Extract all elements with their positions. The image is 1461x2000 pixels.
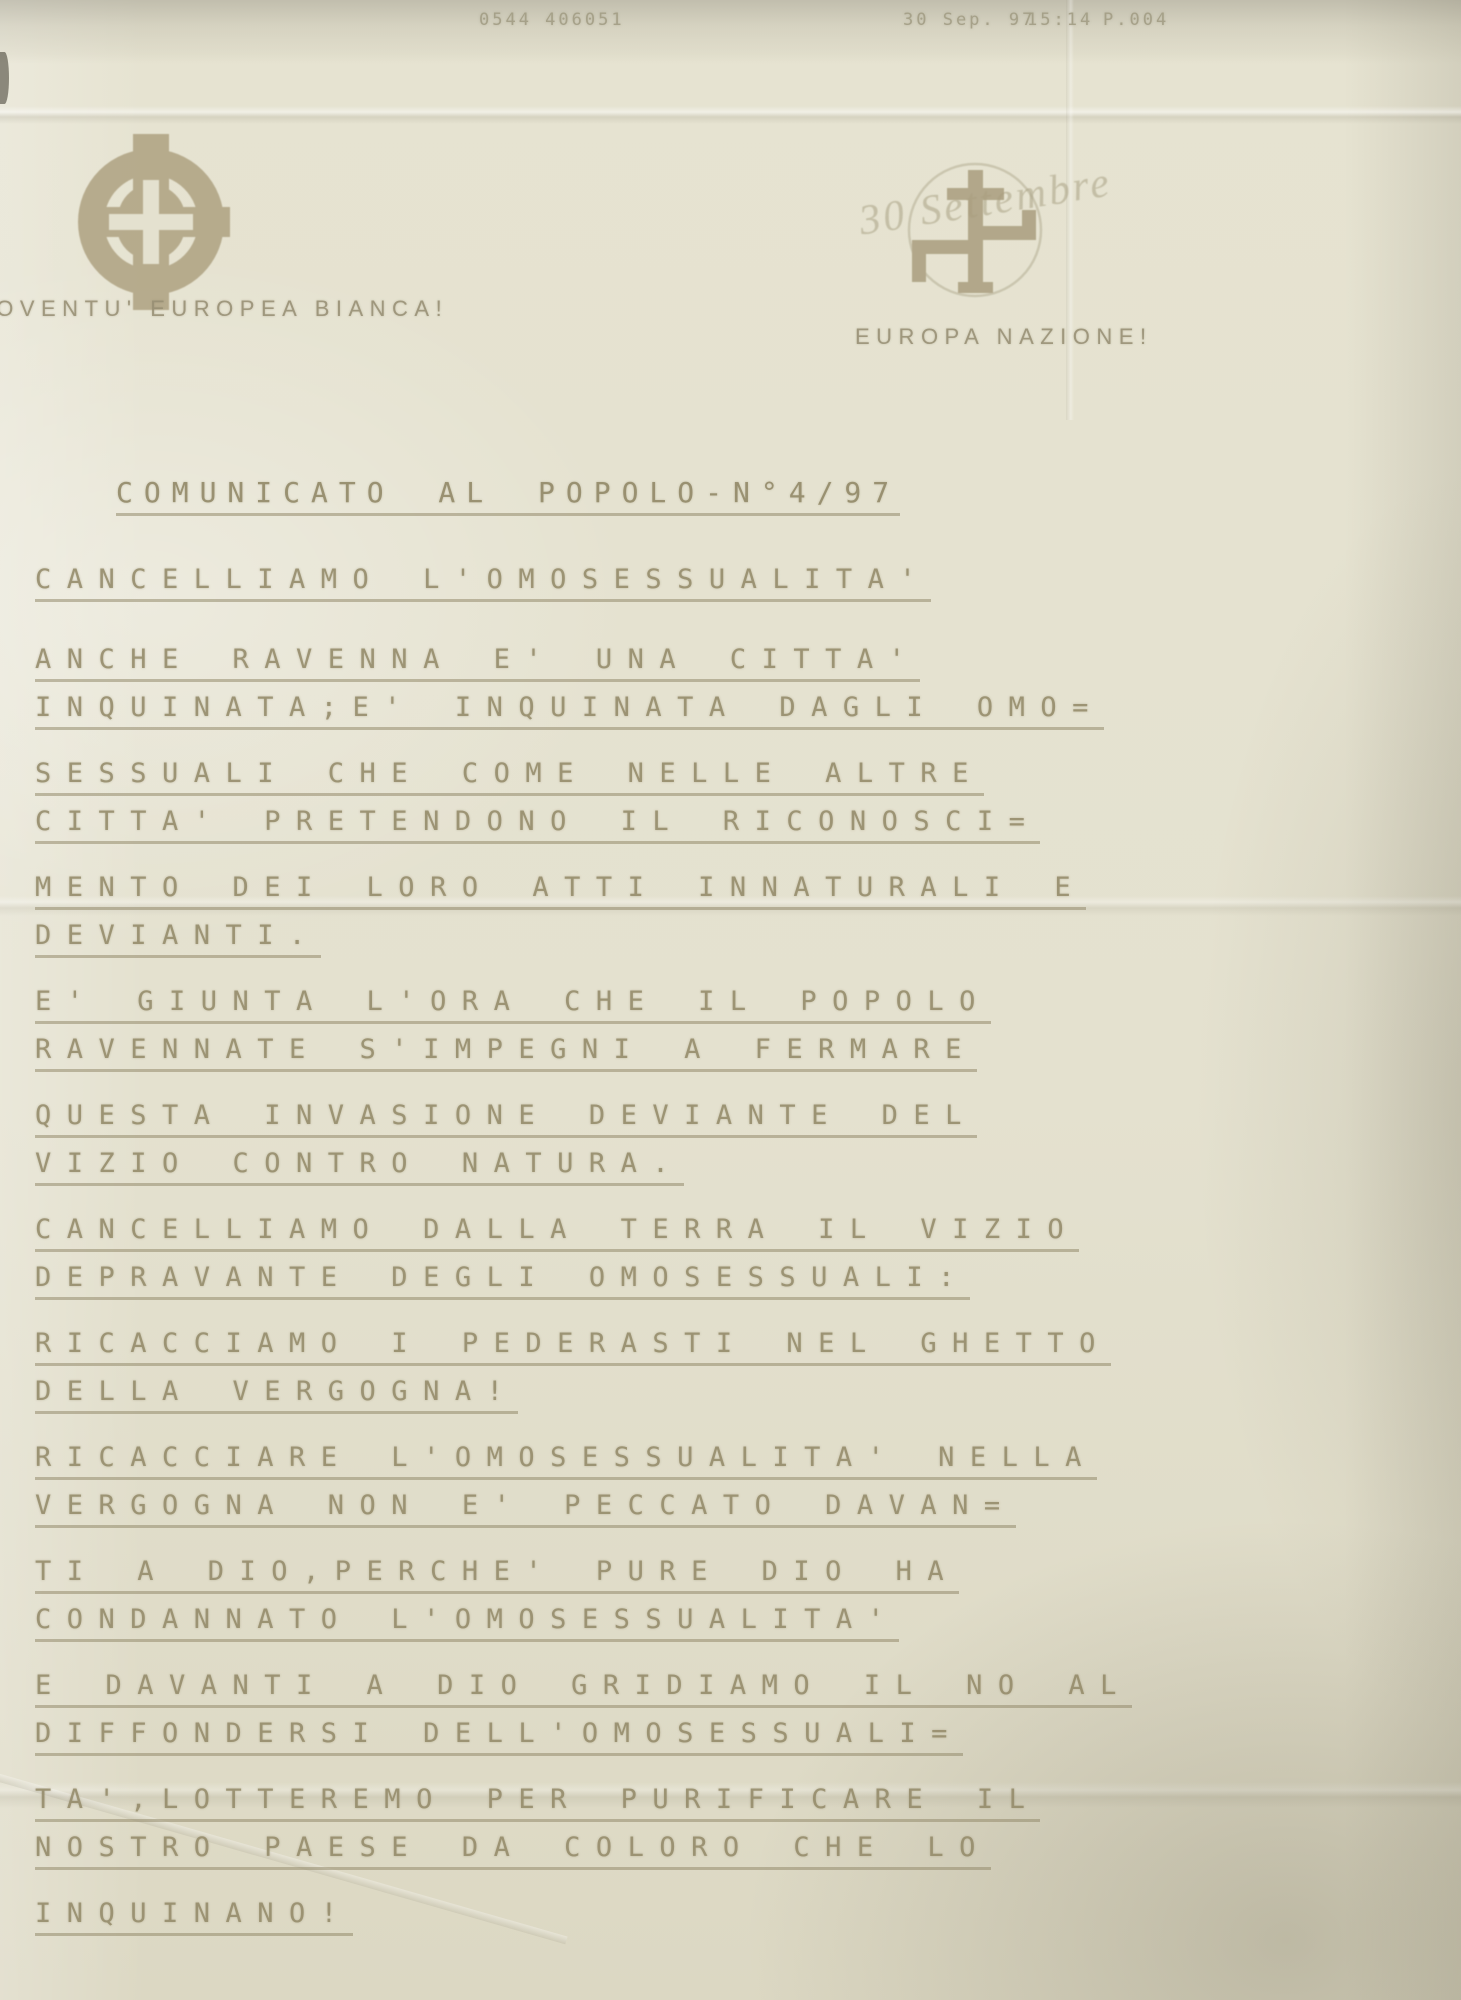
body-line: CONDANNATO L'OMOSESSUALITA' <box>35 1596 1435 1644</box>
body-paragraph: ANCHE RAVENNA E' UNA CITTA'INQUINATA;E' … <box>35 636 1435 732</box>
body-paragraph: CANCELLIAMO L'OMOSESSUALITA' <box>35 556 1435 604</box>
body-line: VIZIO CONTRO NATURA. <box>35 1140 1435 1188</box>
fax-header: 0544 406051 30 Sep. 97 15:14 P.004 <box>0 10 1461 32</box>
body-line: NOSTRO PAESE DA COLORO CHE LO <box>35 1824 1435 1872</box>
body-text: CANCELLIAMO L'OMOSESSUALITA'ANCHE RAVENN… <box>35 556 1435 1956</box>
page-title: COMUNICATO AL POPOLO-N°4/97 <box>116 476 900 509</box>
body-paragraph: E' GIUNTA L'ORA CHE IL POPOLORAVENNATE S… <box>35 978 1435 1074</box>
fax-time: 15:14 <box>1027 10 1093 30</box>
body-line: E DAVANTI A DIO GRIDIAMO IL NO AL <box>35 1662 1435 1710</box>
body-line: DIFFONDERSI DELL'OMOSESSUALI= <box>35 1710 1435 1758</box>
body-line: MENTO DEI LORO ATTI INNATURALI E <box>35 864 1435 912</box>
paper-edge-mark <box>0 52 9 104</box>
body-line: VERGOGNA NON E' PECCATO DAVAN= <box>35 1482 1435 1530</box>
fax-page-number: P.004 <box>1103 10 1169 30</box>
body-line: RICACCIARE L'OMOSESSUALITA' NELLA <box>35 1434 1435 1482</box>
body-paragraph: QUESTA INVASIONE DEVIANTE DELVIZIO CONTR… <box>35 1092 1435 1188</box>
org-right-label: EUROPA NAZIONE! <box>855 324 1153 350</box>
body-line: RICACCIAMO I PEDERASTI NEL GHETTO <box>35 1320 1435 1368</box>
body-line: ANCHE RAVENNA E' UNA CITTA' <box>35 636 1435 684</box>
scanned-document-page: { "fax_header": { "number": "0544 406051… <box>0 0 1461 2000</box>
celtic-cross-logo-icon <box>72 134 230 310</box>
body-paragraph: RICACCIARE L'OMOSESSUALITA' NELLAVERGOGN… <box>35 1434 1435 1530</box>
body-line: E' GIUNTA L'ORA CHE IL POPOLO <box>35 978 1435 1026</box>
fax-date: 30 Sep. 97 <box>903 10 1035 30</box>
body-paragraph: CANCELLIAMO DALLA TERRA IL VIZIODEPRAVAN… <box>35 1206 1435 1302</box>
body-line: DELLA VERGOGNA! <box>35 1368 1435 1416</box>
body-paragraph: TI A DIO,PERCHE' PURE DIO HACONDANNATO L… <box>35 1548 1435 1644</box>
body-line: QUESTA INVASIONE DEVIANTE DEL <box>35 1092 1435 1140</box>
page-title-text: COMUNICATO AL POPOLO-N°4/97 <box>116 476 900 516</box>
body-paragraph: SESSUALI CHE COME NELLE ALTRECITTA' PRET… <box>35 750 1435 846</box>
body-paragraph: E DAVANTI A DIO GRIDIAMO IL NO ALDIFFOND… <box>35 1662 1435 1758</box>
body-line: INQUINANO! <box>35 1890 1435 1938</box>
body-line: DEVIANTI. <box>35 912 1435 960</box>
body-paragraph: RICACCIAMO I PEDERASTI NEL GHETTODELLA V… <box>35 1320 1435 1416</box>
body-line: TA',LOTTEREMO PER PURIFICARE IL <box>35 1776 1435 1824</box>
body-line: SESSUALI CHE COME NELLE ALTRE <box>35 750 1435 798</box>
europa-nazione-emblem-icon <box>902 156 1048 302</box>
body-line: INQUINATA;E' INQUINATA DAGLI OMO= <box>35 684 1435 732</box>
body-line: TI A DIO,PERCHE' PURE DIO HA <box>35 1548 1435 1596</box>
body-line: CANCELLIAMO L'OMOSESSUALITA' <box>35 556 1435 604</box>
org-left-label: GIOVENTU' EUROPEA BIANCA! <box>0 296 448 322</box>
fax-number: 0544 406051 <box>479 10 625 30</box>
body-line: DEPRAVANTE DEGLI OMOSESSUALI: <box>35 1254 1435 1302</box>
body-line: RAVENNATE S'IMPEGNI A FERMARE <box>35 1026 1435 1074</box>
body-paragraph: TA',LOTTEREMO PER PURIFICARE ILNOSTRO PA… <box>35 1776 1435 1872</box>
body-line: CITTA' PRETENDONO IL RICONOSCI= <box>35 798 1435 846</box>
body-paragraph: MENTO DEI LORO ATTI INNATURALI EDEVIANTI… <box>35 864 1435 960</box>
body-paragraph: INQUINANO! <box>35 1890 1435 1938</box>
body-line: CANCELLIAMO DALLA TERRA IL VIZIO <box>35 1206 1435 1254</box>
